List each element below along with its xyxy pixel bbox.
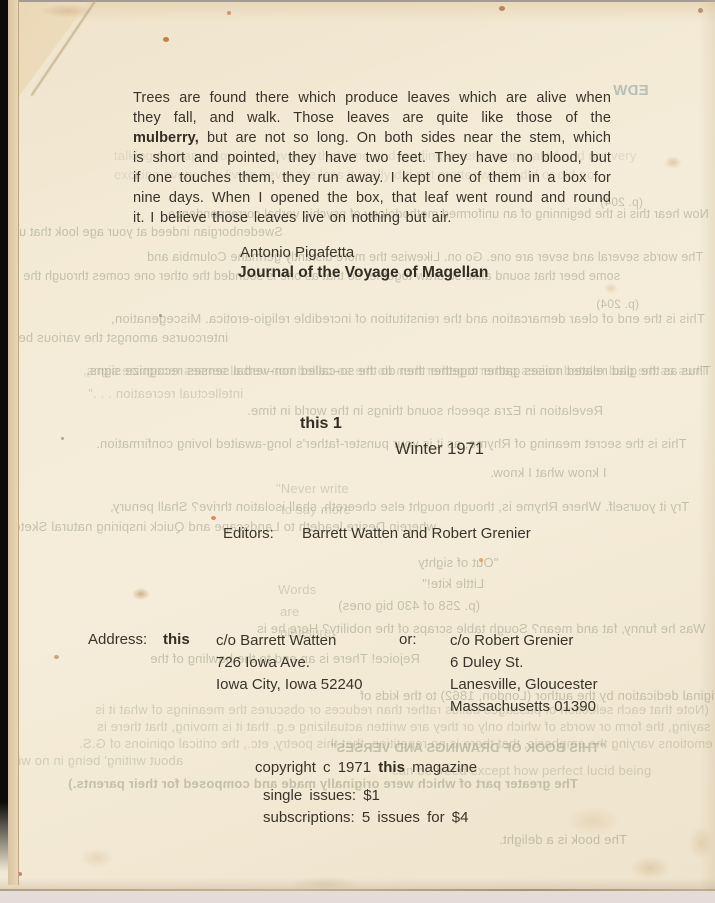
stain xyxy=(479,558,483,562)
quote-line: they fall, and walk. Those leaves are qu… xyxy=(133,108,611,128)
stain xyxy=(499,6,505,11)
stain xyxy=(227,11,231,15)
or-label: or: xyxy=(399,630,417,650)
stain xyxy=(61,437,64,440)
address-line: 6 Duley St. xyxy=(450,652,598,674)
ghost-text: "THIS BOOK OF DRAWINGS AND VERSES" xyxy=(330,741,606,754)
scan-top-edge xyxy=(0,0,715,2)
ghost-text: "Out of sighty xyxy=(418,556,498,569)
address-magazine-title: this xyxy=(163,630,190,650)
stain xyxy=(565,806,621,836)
editors-names: Barrett Watten and Robert Grenier xyxy=(302,524,531,544)
address-line: Massachusetts 01390 xyxy=(450,696,598,718)
quote-line: Trees are found there which produce leav… xyxy=(133,88,611,108)
address-line: c/o Robert Grenier xyxy=(450,630,598,652)
quote-line-text: but are not so long. On both sides near … xyxy=(207,130,611,146)
spine-black-strip xyxy=(0,0,8,872)
ghost-text: This is the end of clear demarcation and… xyxy=(111,312,705,325)
page-top-shading xyxy=(8,2,715,22)
ghost-text: saying, the form or words of which only … xyxy=(97,720,711,733)
address-label: Address: xyxy=(88,630,147,650)
address-line: Iowa City, Iowa 52240 xyxy=(216,674,362,696)
stain xyxy=(664,156,682,169)
stain xyxy=(698,8,703,13)
address-left-column: c/o Barrett Watten 726 Iowa Ave. Iowa Ci… xyxy=(216,630,362,696)
editors-label: Editors: xyxy=(223,524,274,544)
ghost-text: Thus as the glad related noises gather t… xyxy=(86,364,711,377)
bold-word: mulberry, xyxy=(133,130,199,146)
page-right-shading xyxy=(699,0,715,891)
stain xyxy=(159,314,162,317)
ghost-text: The book is a delight. xyxy=(499,833,627,846)
quote-line: nine days. When I opened the box, that l… xyxy=(133,188,611,208)
quote-line: is short and pointed, they have two feet… xyxy=(133,148,611,168)
ghost-text: intellectual recreation . . ." xyxy=(88,387,243,400)
ghost-text: intercourse amongst the various beastie. xyxy=(0,331,228,344)
ghost-text: about writing' being in no wise xyxy=(4,754,183,767)
page-bottom-edge xyxy=(0,889,715,891)
issue-title: this 1 xyxy=(300,414,342,434)
copyright-line: copyright c 1971 this magazine xyxy=(255,758,477,778)
ghost-text: (p. 204) xyxy=(596,298,639,310)
stain xyxy=(132,588,150,600)
attribution-work: Journal of the Voyage of Magellan xyxy=(238,263,488,283)
stain xyxy=(54,655,59,659)
copyright-prefix: copyright c 1971 xyxy=(255,759,371,776)
ghost-text: This is the secret meaning of Rhyme, as … xyxy=(96,437,687,450)
ghost-text: are xyxy=(280,605,299,618)
issue-date: Winter 1971 xyxy=(395,439,484,459)
address-line: Lanesville, Gloucester xyxy=(450,674,598,696)
stain xyxy=(211,516,216,520)
stain xyxy=(604,283,618,294)
quote-line: if one touches them, they run away. I ke… xyxy=(133,168,611,188)
price-single-issues: single issues: $1 xyxy=(263,786,380,806)
copyright-magazine-title: this xyxy=(378,759,405,776)
ghost-text: Try it yourself. Where Rhyme is, though … xyxy=(110,500,689,513)
ghost-text: Words xyxy=(278,583,316,596)
scanned-magazine-page: EDW (p. 204) Now hear this is the beginn… xyxy=(0,0,715,903)
ghost-text: (Note that each selection of passages bu… xyxy=(95,703,709,716)
ghost-text: The words several and sever are one. Go … xyxy=(147,251,703,264)
address-line: 726 Iowa Ave. xyxy=(216,652,362,674)
stain xyxy=(630,856,670,880)
ghost-text: I know what I know. xyxy=(490,466,607,479)
cover-edge-strip xyxy=(8,0,19,885)
scanner-background xyxy=(0,891,715,903)
attribution-name: Antonio Pigafetta xyxy=(240,243,354,263)
ghost-text: (p. 258 of 430 big ones) xyxy=(338,599,480,612)
quote-paragraph: Trees are found there which produce leav… xyxy=(133,88,611,228)
ghost-text: "Never write xyxy=(276,482,349,495)
stain xyxy=(163,37,169,42)
quote-line: mulberry, but are not so long. On both s… xyxy=(133,128,611,148)
page-bottom-shadow xyxy=(0,878,715,889)
stain xyxy=(688,826,714,860)
stain xyxy=(80,848,114,868)
quote-line: it. I believe those leaves live on nothi… xyxy=(133,208,611,228)
ghost-text: Little kite!" xyxy=(422,577,484,590)
stain xyxy=(40,4,95,18)
address-right-column: c/o Robert Grenier 6 Duley St. Lanesvill… xyxy=(450,630,598,718)
address-line: c/o Barrett Watten xyxy=(216,630,362,652)
copyright-suffix: magazine xyxy=(412,759,477,776)
price-subscriptions: subscriptions: 5 issues for $4 xyxy=(263,808,468,828)
ghost-text: EDW xyxy=(613,83,649,98)
